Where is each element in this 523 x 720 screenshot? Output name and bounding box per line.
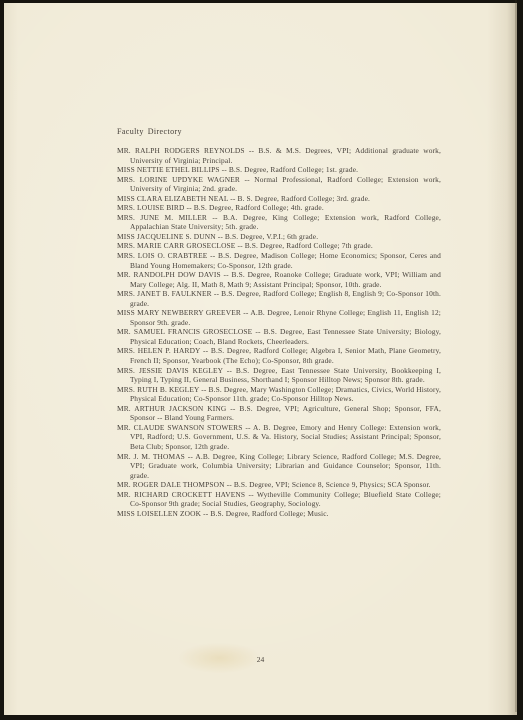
directory-entry: MR. RICHARD CROCKETT HAVENS -- Wythevill… <box>117 490 441 509</box>
directory-entry: MISS NETTIE ETHEL BILLIPS -- B.S. Degree… <box>117 165 441 175</box>
directory-entry: MRS. JESSIE DAVIS KEGLEY -- B.S. Degree,… <box>117 366 441 385</box>
directory-entry: MRS. RUTH B. KEGLEY -- B.S. Degree, Mary… <box>117 385 441 404</box>
directory-entry: MR. ARTHUR JACKSON KING -- B.S. Degree, … <box>117 404 441 423</box>
directory-entry: MR. CLAUDE SWANSON STOWERS -- A. B. Degr… <box>117 423 441 452</box>
page-heading: Faculty Directory <box>117 127 182 136</box>
directory-entry: MRS. JUNE M. MILLER -- B.A. Degree, King… <box>117 213 441 232</box>
directory-entry: MISS LOISELLEN ZOOK -- B.S. Degree, Radf… <box>117 509 441 519</box>
directory-entry: MR. J. M. THOMAS -- A.B. Degree, King Co… <box>117 452 441 481</box>
page-edge-shadow <box>515 0 517 712</box>
directory-entry: MRS. HELEN P. HARDY -- B.S. Degree, Radf… <box>117 346 441 365</box>
scanned-page: Faculty Directory MR. RALPH RODGERS REYN… <box>0 0 523 720</box>
directory-entry: MRS. LOIS O. CRABTREE -- B.S. Degree, Ma… <box>117 251 441 270</box>
directory-entry: MR. ROGER DALE THOMPSON -- B.S. Degree, … <box>117 480 441 490</box>
directory-entry: MR. RALPH RODGERS REYNOLDS -- B.S. & M.S… <box>117 146 441 165</box>
directory-entry: MISS CLARA ELIZABETH NEAL -- B. S. Degre… <box>117 194 441 204</box>
directory-entry: MISS JACQUELINE S. DUNN -- B.S. Degree, … <box>117 232 441 242</box>
directory-entry: MR. SAMUEL FRANCIS GROSECLOSE -- B.S. De… <box>117 327 441 346</box>
directory-entry: MRS. LORINE UPDYKE WAGNER -- Normal Prof… <box>117 175 441 194</box>
directory-entry: MRS. LOUISE BIRD -- B.S. Degree, Radford… <box>117 203 441 213</box>
directory-entry: MRS. MARIE CARR GROSECLOSE -- B.S. Degre… <box>117 241 441 251</box>
directory-entry: MRS. JANET B. FAULKNER -- B.S. Degree, R… <box>117 289 441 308</box>
directory-entry: MR. RANDOLPH DOW DAVIS -- B.S. Degree, R… <box>117 270 441 289</box>
directory-entry: MISS MARY NEWBERRY GREEVER -- A.B. Degre… <box>117 308 441 327</box>
paper: Faculty Directory MR. RALPH RODGERS REYN… <box>4 3 517 715</box>
directory-entries: MR. RALPH RODGERS REYNOLDS -- B.S. & M.S… <box>117 146 441 518</box>
page-number: 24 <box>4 655 517 664</box>
